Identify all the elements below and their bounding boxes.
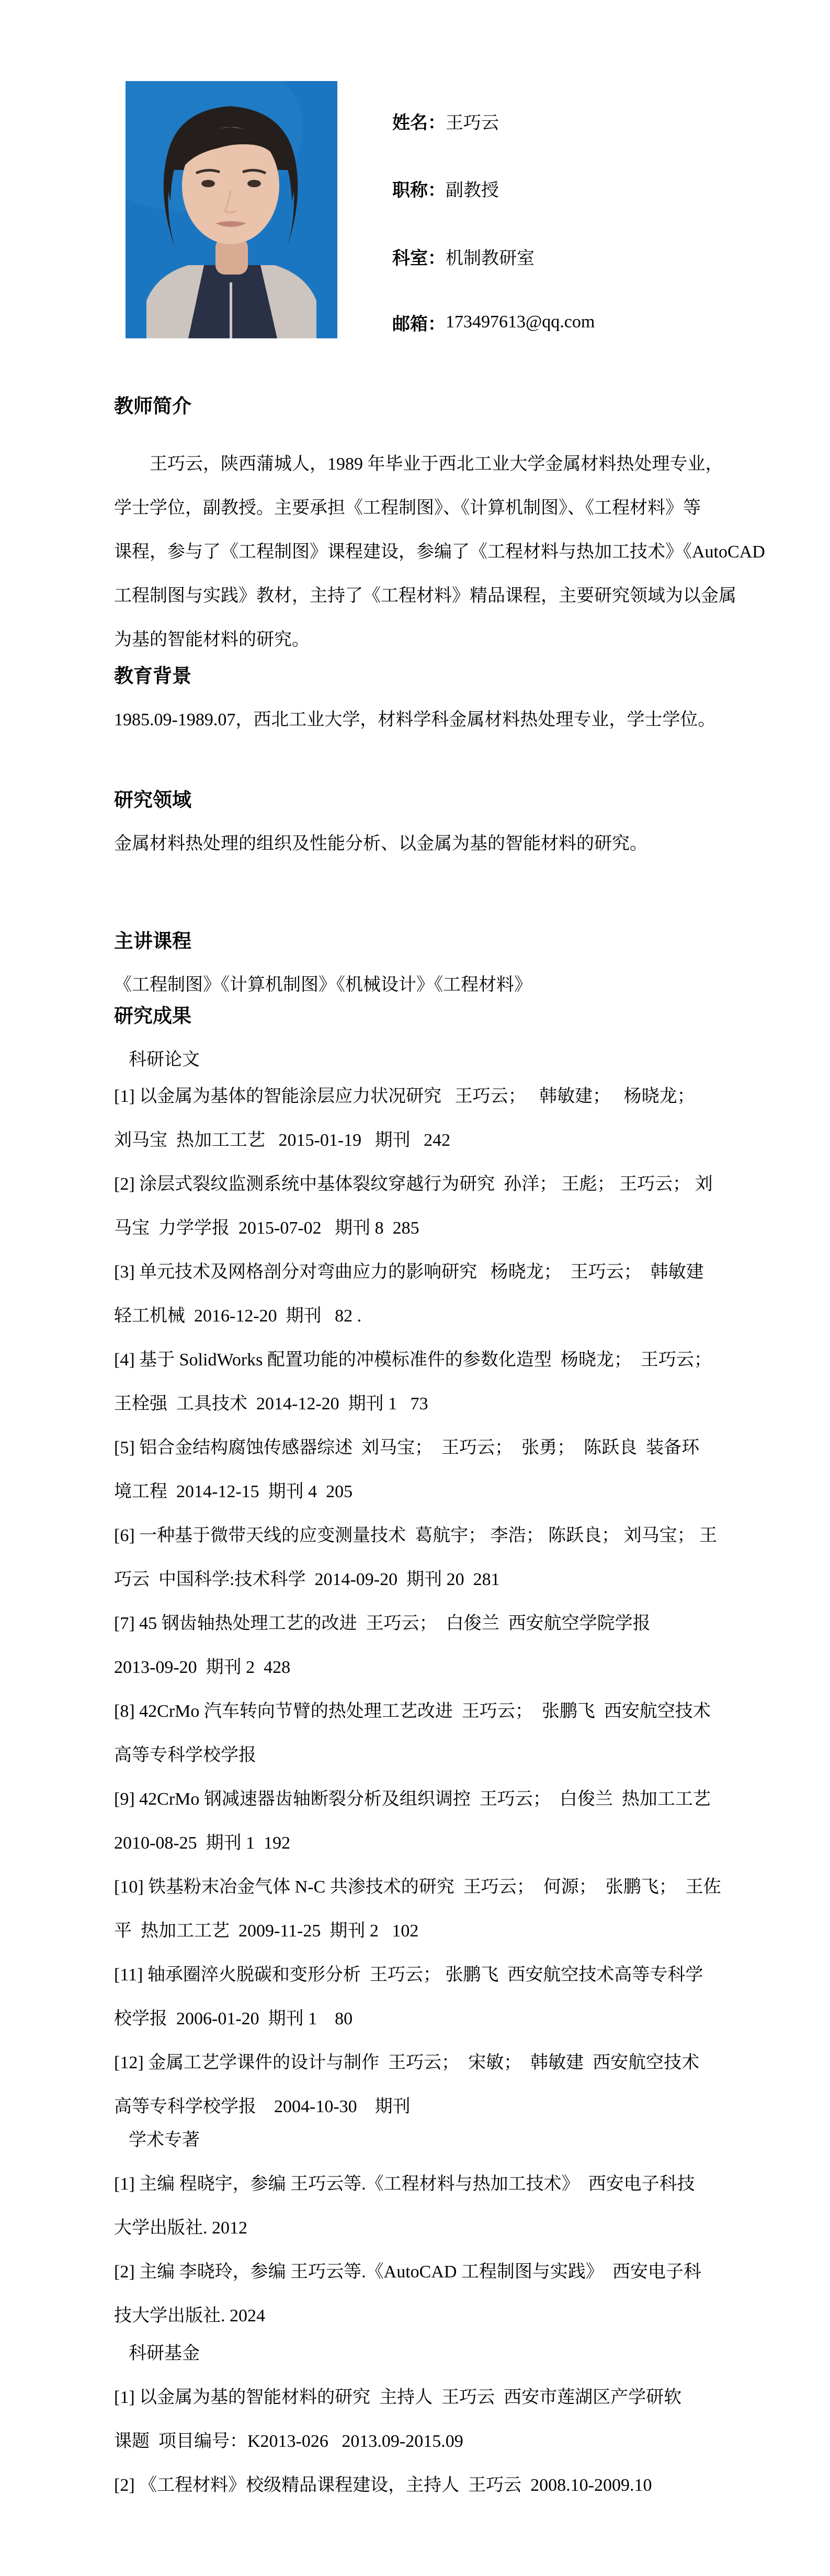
books-subheading: 学术专著: [114, 2118, 815, 2162]
portrait-illustration: [126, 81, 337, 338]
field-title-value: 副教授: [446, 176, 499, 201]
paper-line: [2] 涂层式裂纹监测系统中基体裂纹穿越行为研究 孙洋； 王彪； 王巧云； 刘: [114, 1162, 815, 1206]
paper-line: [1] 以金属为基体的智能涂层应力状况研究 王巧云； 韩敏建； 杨晓龙；: [114, 1075, 815, 1119]
book-line: 大学出版社. 2012: [114, 2206, 815, 2250]
funds-subheading: 科研基金: [114, 2332, 815, 2376]
field-email-label: 邮箱：: [392, 310, 446, 335]
intro-line: 王巧云，陕西蒲城人，1989 年毕业于西北工业大学金属材料热处理专业，: [114, 442, 815, 486]
field-title: 职称：副教授: [392, 175, 499, 201]
paper-line: [5] 铝合金结构腐蚀传感器综述 刘马宝； 王巧云； 张勇； 陈跃良 装备环: [114, 1426, 815, 1470]
education-line: 1985.09-1989.07，西北工业大学，材料学科金属材料热处理专业，学士学…: [114, 698, 815, 742]
paper-line: 2010-08-25 期刊 1 192: [114, 1821, 815, 1865]
research-area-line: 金属材料热处理的组织及性能分析、以金属为基的智能材料的研究。: [114, 822, 815, 866]
section-heading-research-area: 研究领域: [114, 778, 815, 822]
faculty-profile-page: 姓名：王巧云 职称：副教授 科室：机制教研室 邮箱：173497613@qq.c…: [0, 0, 830, 2576]
paper-line: [7] 45 钢齿轴热处理工艺的改进 王巧云； 白俊兰 西安航空学院学报: [114, 1602, 815, 1646]
book-line: [1] 主编 程晓宇，参编 王巧云等.《工程材料与热加工技术》 西安电子科技: [114, 2162, 815, 2206]
document-body: 教师简介 王巧云，陕西蒲城人，1989 年毕业于西北工业大学金属材料热处理专业，…: [114, 384, 815, 2507]
field-department: 科室：机制教研室: [392, 243, 535, 269]
field-department-label: 科室：: [392, 244, 446, 269]
paper-line: [8] 42CrMo 汽车转向节臂的热处理工艺改进 王巧云； 张鹏飞 西安航空技…: [114, 1690, 815, 1734]
paper-line: 境工程 2014-12-15 期刊 4 205: [114, 1470, 815, 1514]
fund-line: [1] 以金属为基的智能材料的研究 主持人 王巧云 西安市莲湖区产学研软: [114, 2376, 815, 2420]
intro-line: 学士学位，副教授。主要承担《工程制图》、《计算机制图》、《工程材料》等: [114, 486, 815, 530]
paper-line: 2013-09-20 期刊 2 428: [114, 1646, 815, 1690]
section-heading-education: 教育背景: [114, 654, 815, 698]
paper-line: [6] 一种基于微带天线的应变测量技术 葛航宇； 李浩； 陈跃良； 刘马宝； 王: [114, 1514, 815, 1558]
field-name-label: 姓名：: [392, 108, 446, 134]
field-name-value: 王巧云: [446, 108, 499, 134]
paper-line: 平 热加工工艺 2009-11-25 期刊 2 102: [114, 1909, 815, 1953]
field-email-value: 173497613@qq.com: [446, 312, 595, 332]
paper-line: [9] 42CrMo 钢减速器齿轴断裂分析及组织调控 王巧云； 白俊兰 热加工工…: [114, 1777, 815, 1821]
fund-line: 课题 项目编号：K2013-026 2013.09-2015.09: [114, 2420, 815, 2464]
paper-line: [4] 基于 SolidWorks 配置功能的冲模标准件的参数化造型 杨晓龙； …: [114, 1338, 815, 1382]
right-eye: [247, 180, 261, 187]
paper-line: [11] 轴承圈淬火脱碳和变形分析 王巧云； 张鹏飞 西安航空技术高等专科学: [114, 1953, 815, 1997]
paper-line: 王栓强 工具技术 2014-12-20 期刊 1 73: [114, 1382, 815, 1426]
field-department-value: 机制教研室: [446, 244, 535, 269]
field-title-label: 职称：: [392, 176, 446, 201]
field-email: 邮箱：173497613@qq.com: [392, 309, 595, 335]
profile-photo: [126, 81, 337, 338]
paper-line: 巧云 中国科学:技术科学 2014-09-20 期刊 20 281: [114, 1558, 815, 1602]
field-name: 姓名：王巧云: [392, 108, 499, 134]
paper-line: 刘马宝 热加工工艺 2015-01-19 期刊 242: [114, 1119, 815, 1162]
left-eye: [201, 180, 215, 187]
book-line: [2] 主编 李晓玲，参编 王巧云等.《AutoCAD 工程制图与实践》 西安电…: [114, 2250, 815, 2294]
section-heading-achievements: 研究成果: [114, 994, 815, 1038]
intro-line: 课程，参与了《工程制图》课程建设，参编了《工程材料与热加工技术》《AutoCAD: [114, 530, 815, 574]
section-heading-courses: 主讲课程: [114, 919, 815, 963]
paper-line: [3] 单元技术及网格剖分对弯曲应力的影响研究 杨晓龙； 王巧云； 韩敏建: [114, 1250, 815, 1294]
fund-line: [2] 《工程材料》校级精品课程建设，主持人 王巧云 2008.10-2009.…: [114, 2464, 815, 2507]
paper-line: 校学报 2006-01-20 期刊 1 80: [114, 1997, 815, 2041]
paper-line: 轻工机械 2016-12-20 期刊 82 .: [114, 1294, 815, 1338]
zipper-line: [230, 282, 232, 338]
section-heading-intro: 教师简介: [114, 384, 815, 428]
intro-line: 工程制图与实践》教材，主持了《工程材料》精品课程，主要研究领域为以金属: [114, 574, 815, 618]
paper-line: 马宝 力学学报 2015-07-02 期刊 8 285: [114, 1206, 815, 1250]
paper-line: 高等专科学校学报: [114, 1734, 815, 1777]
paper-line: [12] 金属工艺学课件的设计与制作 王巧云； 宋敏； 韩敏建 西安航空技术: [114, 2041, 815, 2085]
paper-line: [10] 铁基粉末冶金气体 N-C 共渗技术的研究 王巧云； 何源； 张鹏飞； …: [114, 1865, 815, 1909]
